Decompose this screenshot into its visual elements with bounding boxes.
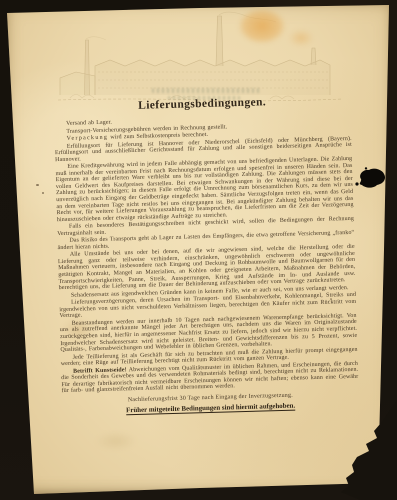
- paragraph-lead: Betrifft Kunstseide!: [73, 367, 127, 374]
- paragraph-lead: Verpackung: [66, 135, 108, 142]
- ink-speck: [36, 184, 39, 186]
- paragraph: Alle Umstände bei uns oder bei denen, au…: [58, 244, 356, 292]
- ink-speck: [42, 192, 44, 194]
- bleed-through-text: [152, 88, 260, 93]
- body-paragraphs: Versand ab Lager.Transport-Versicherungs…: [54, 113, 359, 395]
- scanned-document: Lieferungsbedingungen. Versand ab Lager.…: [0, 0, 397, 500]
- paragraph: Eine Kreditgewährung wird in jedem Falle…: [55, 156, 354, 223]
- orange-stain: [284, 26, 318, 50]
- faded-stain: [88, 428, 144, 454]
- torn-corner: [327, 390, 397, 500]
- document-content: Lieferungsbedingungen. Versand ab Lager.…: [54, 94, 360, 418]
- ink-blot-stain: [352, 165, 388, 193]
- orange-stain: [230, 2, 294, 50]
